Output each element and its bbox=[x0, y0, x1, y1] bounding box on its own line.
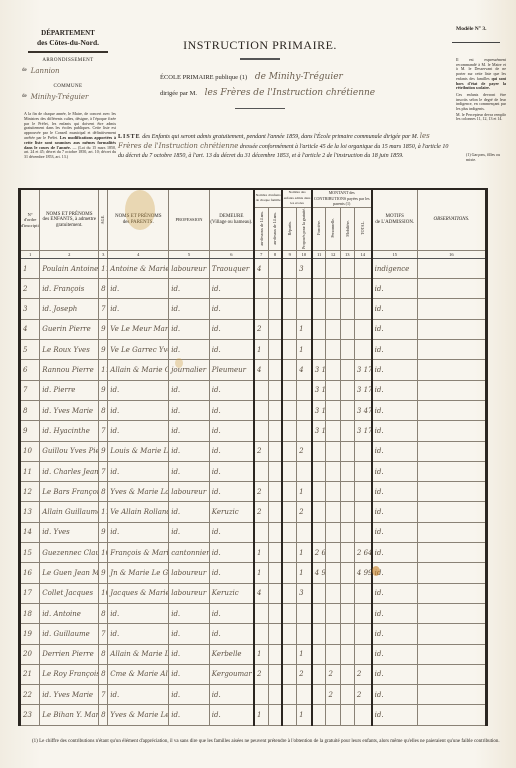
arrondissement-prefix: de bbox=[22, 66, 27, 76]
cell-c7 bbox=[254, 400, 268, 420]
cell-c11 bbox=[312, 644, 326, 664]
cell-c14: 3 17 bbox=[354, 421, 371, 441]
cell-c8 bbox=[268, 664, 282, 684]
cell-c8 bbox=[268, 482, 282, 502]
header-c8-label: au-dessus de 14 ans. bbox=[272, 212, 278, 245]
cell-observations bbox=[417, 319, 486, 339]
cell-name: id. Hyacinthe bbox=[40, 421, 99, 441]
cell-c9 bbox=[282, 664, 296, 684]
commune-value: Minihy-Tréguier bbox=[31, 92, 89, 102]
col-num: 9 bbox=[282, 250, 296, 258]
commune-label: COMMUNE bbox=[22, 82, 114, 92]
cell-parents: Ve Le Garrec Yvonne bbox=[108, 340, 169, 360]
cell-observations bbox=[417, 522, 486, 542]
header-c11: Foncière. bbox=[312, 207, 326, 250]
cell-dem: id. bbox=[209, 603, 254, 623]
cell-c12 bbox=[326, 705, 340, 725]
cell-c14: 4 99 bbox=[354, 563, 371, 583]
cell-motif: id. bbox=[372, 461, 418, 481]
cell-c13 bbox=[340, 441, 354, 461]
document-page: DÉPARTEMENT des Côtes-du-Nord. ARRONDISS… bbox=[0, 0, 516, 768]
cell-dem: Kerbelle bbox=[209, 644, 254, 664]
cell-c9 bbox=[282, 380, 296, 400]
cell-dem: Keruzic bbox=[209, 583, 254, 603]
cell-n: 15 bbox=[20, 543, 40, 563]
cell-c14: 3 47 bbox=[354, 400, 371, 420]
cell-n: 1 bbox=[20, 258, 40, 278]
table-row: 23Le Bihan Y. Marie8Yves & Marie Le Biha… bbox=[20, 705, 487, 725]
cell-motif: id. bbox=[372, 685, 418, 705]
cell-c8 bbox=[268, 461, 282, 481]
header-c6-sub: (Village ou hameau). bbox=[210, 220, 253, 226]
cell-n: 17 bbox=[20, 583, 40, 603]
header-c15-sub: de L'ADMISSION. bbox=[373, 220, 417, 226]
cell-prof: id. bbox=[169, 603, 210, 623]
cell-c14: 3 17 bbox=[354, 360, 371, 380]
cell-name: Le Roux Yves bbox=[40, 340, 99, 360]
cell-c10 bbox=[297, 421, 312, 441]
cell-observations bbox=[417, 299, 486, 319]
cell-c9 bbox=[282, 400, 296, 420]
cell-c14 bbox=[354, 340, 371, 360]
col-num: 11 bbox=[312, 250, 326, 258]
cell-age: 8 bbox=[99, 644, 108, 664]
cell-c13 bbox=[340, 543, 354, 563]
cell-c7 bbox=[254, 380, 268, 400]
cell-c8 bbox=[268, 624, 282, 644]
table-row: 10Guillou Yves Pierre9Louis & Marie Le G… bbox=[20, 441, 487, 461]
cell-dem: id. bbox=[209, 340, 254, 360]
cell-c10: 1 bbox=[297, 340, 312, 360]
cell-observations bbox=[417, 421, 486, 441]
cell-c14 bbox=[354, 583, 371, 603]
cell-age: 9 bbox=[99, 319, 108, 339]
cell-c12: 2 bbox=[326, 664, 340, 684]
cell-dem: Traouquer bbox=[209, 258, 254, 278]
cell-n: 6 bbox=[20, 360, 40, 380]
ecole-label: ÉCOLE PRIMAIRE publique (1) bbox=[160, 74, 247, 81]
cell-c13 bbox=[340, 522, 354, 542]
cell-name: id. François bbox=[40, 279, 99, 299]
col-num: 7 bbox=[254, 250, 268, 258]
cell-observations bbox=[417, 360, 486, 380]
cell-c9 bbox=[282, 421, 296, 441]
cell-c9 bbox=[282, 685, 296, 705]
cell-c10: 1 bbox=[297, 543, 312, 563]
cell-n: 4 bbox=[20, 319, 40, 339]
cell-parents: id. bbox=[108, 624, 169, 644]
cell-c11 bbox=[312, 685, 326, 705]
cell-c11: 3 17 bbox=[312, 400, 326, 420]
cell-c12 bbox=[326, 340, 340, 360]
cell-n: 2 bbox=[20, 279, 40, 299]
cell-dem: id. bbox=[209, 279, 254, 299]
cell-c8 bbox=[268, 279, 282, 299]
cell-c10 bbox=[297, 685, 312, 705]
cell-c14 bbox=[354, 603, 371, 623]
header-c7: au-dessous de 14 ans. bbox=[254, 207, 268, 250]
cell-c10: 3 bbox=[297, 583, 312, 603]
cell-c11 bbox=[312, 340, 326, 360]
cell-age: 9 bbox=[99, 522, 108, 542]
cell-c9 bbox=[282, 360, 296, 380]
header-c8: au-dessus de 14 ans. bbox=[268, 207, 282, 250]
header-c13-label: Mobilière. bbox=[345, 220, 351, 237]
cell-motif: id. bbox=[372, 482, 418, 502]
register-table: N° d'ordre d'inscription. NOMS ET PRÉNOM… bbox=[18, 188, 488, 726]
cell-c8 bbox=[268, 360, 282, 380]
col-num: 8 bbox=[268, 250, 282, 258]
cell-c12 bbox=[326, 299, 340, 319]
note-text2: Ces enfants devront être inscrits selon … bbox=[456, 93, 506, 112]
cell-prof: id. bbox=[169, 299, 210, 319]
cell-c12 bbox=[326, 502, 340, 522]
cell-c9 bbox=[282, 319, 296, 339]
cell-dem: id. bbox=[209, 299, 254, 319]
cell-prof: id. bbox=[169, 624, 210, 644]
cell-c14 bbox=[354, 624, 371, 644]
cell-c13 bbox=[340, 502, 354, 522]
cell-parents: id. bbox=[108, 522, 169, 542]
cell-c13 bbox=[340, 380, 354, 400]
cell-c14 bbox=[354, 644, 371, 664]
header-c7-label: au-dessous de 14 ans. bbox=[259, 211, 265, 246]
cell-motif: id. bbox=[372, 279, 418, 299]
cell-prof: laboureur bbox=[169, 583, 210, 603]
instructions-note: A la fin de chaque année, le Maire, de c… bbox=[24, 112, 116, 160]
header-c1: N° d'ordre d'inscription. bbox=[20, 189, 40, 250]
cell-c8 bbox=[268, 502, 282, 522]
cell-c8 bbox=[268, 258, 282, 278]
dirigee-label: dirigée par M. bbox=[160, 90, 197, 97]
cell-name: Allain Guillaume bbox=[40, 502, 99, 522]
col-num: 1 bbox=[20, 250, 40, 258]
cell-observations bbox=[417, 400, 486, 420]
cell-c11 bbox=[312, 319, 326, 339]
cell-dem: id. bbox=[209, 705, 254, 725]
cell-c12 bbox=[326, 603, 340, 623]
col-num: 16 bbox=[417, 250, 486, 258]
cell-c9 bbox=[282, 543, 296, 563]
cell-n: 22 bbox=[20, 685, 40, 705]
dirigee-value: les Frères de l'Instruction chrétienne bbox=[205, 88, 375, 98]
cell-name: Guerin Pierre bbox=[40, 319, 99, 339]
col-num: 15 bbox=[372, 250, 418, 258]
table-row: 7id. Pierre9id.id.id.3 173 17id. bbox=[20, 380, 487, 400]
cell-c14 bbox=[354, 258, 371, 278]
table-row: 19id. Guillaume7id.id.id.id. bbox=[20, 624, 487, 644]
cell-prof: id. bbox=[169, 461, 210, 481]
cell-observations bbox=[417, 583, 486, 603]
cell-dem: id. bbox=[209, 522, 254, 542]
col-num: 14 bbox=[354, 250, 371, 258]
cell-observations bbox=[417, 603, 486, 623]
cell-c7: 1 bbox=[254, 543, 268, 563]
cell-c9 bbox=[282, 502, 296, 522]
cell-c11 bbox=[312, 664, 326, 684]
cell-c12 bbox=[326, 421, 340, 441]
header-c5: PROFESSION bbox=[169, 189, 210, 250]
cell-c10: 2 bbox=[297, 502, 312, 522]
cell-c11: 2 64 bbox=[312, 543, 326, 563]
cell-c11: 4 99 bbox=[312, 563, 326, 583]
col-num: 10 bbox=[297, 250, 312, 258]
cell-prof: id. bbox=[169, 340, 210, 360]
cell-age: 9 bbox=[99, 380, 108, 400]
cell-prof: id. bbox=[169, 705, 210, 725]
cell-c7 bbox=[254, 421, 268, 441]
cell-name: id. Charles Jean bbox=[40, 461, 99, 481]
table-row: 8id. Yves Marie8id.id.id.3 173 47id. bbox=[20, 400, 487, 420]
cell-n: 13 bbox=[20, 502, 40, 522]
cell-age: 9 bbox=[99, 563, 108, 583]
cell-motif: id. bbox=[372, 380, 418, 400]
cell-c14 bbox=[354, 522, 371, 542]
cell-c8 bbox=[268, 705, 282, 725]
cell-age: 11 bbox=[99, 258, 108, 278]
cell-motif: id. bbox=[372, 421, 418, 441]
header-c9-label: Répartis. bbox=[287, 221, 293, 235]
table-row: 5Le Roux Yves9Ve Le Garrec Yvonneid.id.1… bbox=[20, 340, 487, 360]
header-group-9-10: Nombre des enfants admis dans les écoles bbox=[282, 189, 311, 207]
cell-parents: Jacques & Marie Cadin bbox=[108, 583, 169, 603]
cell-prof: laboureur bbox=[169, 258, 210, 278]
cell-c7: 2 bbox=[254, 441, 268, 461]
cell-c14: 2 bbox=[354, 685, 371, 705]
cell-n: 5 bbox=[20, 340, 40, 360]
cell-age: 7 bbox=[99, 421, 108, 441]
cell-name: Collet Jacques bbox=[40, 583, 99, 603]
table-row: 20Derrien Pierre8Allain & Marie Le Camid… bbox=[20, 644, 487, 664]
cell-observations bbox=[417, 563, 486, 583]
table-row: 9id. Hyacinthe7id.id.id.3 173 17id. bbox=[20, 421, 487, 441]
cell-c10 bbox=[297, 603, 312, 623]
cell-c7: 1 bbox=[254, 563, 268, 583]
cell-age: 11 bbox=[99, 360, 108, 380]
cell-c9 bbox=[282, 583, 296, 603]
cell-age: 11 bbox=[99, 502, 108, 522]
cell-c10 bbox=[297, 522, 312, 542]
cell-age: 7 bbox=[99, 299, 108, 319]
header-c9: Répartis. bbox=[282, 207, 296, 250]
cell-parents: id. bbox=[108, 603, 169, 623]
cell-prof: id. bbox=[169, 421, 210, 441]
cell-dem: id. bbox=[209, 421, 254, 441]
cell-c8 bbox=[268, 685, 282, 705]
cell-c7: 2 bbox=[254, 482, 268, 502]
cell-c11 bbox=[312, 258, 326, 278]
page-title: INSTRUCTION PRIMAIRE. bbox=[160, 38, 360, 53]
cell-c8 bbox=[268, 644, 282, 664]
cell-observations bbox=[417, 664, 486, 684]
paper-stain bbox=[372, 566, 380, 576]
cell-c12 bbox=[326, 583, 340, 603]
header-c2: NOMS ET PRÉNOMS des ENFANTS, à admettre … bbox=[40, 189, 99, 250]
column-number-row: 1 2 3 4 5 6 7 8 9 10 11 12 13 14 15 16 bbox=[20, 250, 487, 258]
cell-name: id. Yves bbox=[40, 522, 99, 542]
cell-motif: id. bbox=[372, 603, 418, 623]
cell-c10 bbox=[297, 299, 312, 319]
table-row: 3id. Joseph7id.id.id.id. bbox=[20, 299, 487, 319]
cell-age: 8 bbox=[99, 603, 108, 623]
cell-name: Guezennec Claude bbox=[40, 543, 99, 563]
cell-c12 bbox=[326, 644, 340, 664]
header-c14-label: TOTAL. bbox=[360, 221, 366, 235]
cell-name: Poulain Antoine bbox=[40, 258, 99, 278]
cell-parents: Ve Allain Rolland bbox=[108, 502, 169, 522]
cell-name: Le Roy François bbox=[40, 664, 99, 684]
cell-c10: 1 bbox=[297, 644, 312, 664]
cell-c7: 2 bbox=[254, 502, 268, 522]
cell-name: Guillou Yves Pierre bbox=[40, 441, 99, 461]
cell-c14: 2 bbox=[354, 664, 371, 684]
cell-c7: 1 bbox=[254, 644, 268, 664]
cell-c9 bbox=[282, 340, 296, 360]
cell-prof: id. bbox=[169, 664, 210, 684]
cell-observations bbox=[417, 279, 486, 299]
cell-c11 bbox=[312, 502, 326, 522]
cell-c9 bbox=[282, 624, 296, 644]
cell-parents: id. bbox=[108, 400, 169, 420]
cell-c8 bbox=[268, 522, 282, 542]
cell-c10 bbox=[297, 279, 312, 299]
cell-c7 bbox=[254, 624, 268, 644]
cell-dem: id. bbox=[209, 482, 254, 502]
cell-n: 16 bbox=[20, 563, 40, 583]
cell-c14: 3 17 bbox=[354, 380, 371, 400]
cell-prof: id. bbox=[169, 279, 210, 299]
cell-prof: laboureur bbox=[169, 563, 210, 583]
cell-age: 8 bbox=[99, 400, 108, 420]
cell-c10: 4 bbox=[297, 360, 312, 380]
cell-dem: id. bbox=[209, 624, 254, 644]
header-c13: Mobilière. bbox=[340, 207, 354, 250]
cell-motif: id. bbox=[372, 705, 418, 725]
cell-c12 bbox=[326, 482, 340, 502]
cell-c13 bbox=[340, 482, 354, 502]
cell-parents: Cme & Marie Allain bbox=[108, 664, 169, 684]
cell-parents: Allain & Marie Castel bbox=[108, 360, 169, 380]
cell-dem: id. bbox=[209, 380, 254, 400]
cell-parents: Jn & Marie Le Guen bbox=[108, 563, 169, 583]
cell-prof: id. bbox=[169, 380, 210, 400]
cell-motif: id. bbox=[372, 299, 418, 319]
cell-c9 bbox=[282, 522, 296, 542]
cell-dem: id. bbox=[209, 461, 254, 481]
table-row: 14id. Yves9id.id.id.id. bbox=[20, 522, 487, 542]
cell-parents: id. bbox=[108, 461, 169, 481]
cell-prof: laboureur bbox=[169, 482, 210, 502]
cell-n: 19 bbox=[20, 624, 40, 644]
cell-c14 bbox=[354, 441, 371, 461]
cell-c7: 4 bbox=[254, 258, 268, 278]
cell-parents: Allain & Marie Le Cam bbox=[108, 644, 169, 664]
cell-observations bbox=[417, 624, 486, 644]
col-num: 12 bbox=[326, 250, 340, 258]
cell-n: 18 bbox=[20, 603, 40, 623]
cell-prof: id. bbox=[169, 400, 210, 420]
table-row: 22id. Yves Marie7id.id.id.22id. bbox=[20, 685, 487, 705]
cell-c10 bbox=[297, 624, 312, 644]
cell-c8 bbox=[268, 400, 282, 420]
cell-c9 bbox=[282, 461, 296, 481]
table-row: 13Allain Guillaume11Ve Allain Rollandid.… bbox=[20, 502, 487, 522]
cell-parents: Louis & Marie Le Goff bbox=[108, 441, 169, 461]
cell-c12 bbox=[326, 461, 340, 481]
cell-dem: id. bbox=[209, 319, 254, 339]
cell-n: 9 bbox=[20, 421, 40, 441]
cell-c13 bbox=[340, 258, 354, 278]
cell-c10: 1 bbox=[297, 563, 312, 583]
department-label: DÉPARTEMENT bbox=[22, 28, 114, 38]
table-row: 6Rannou Pierre11Allain & Marie Casteljou… bbox=[20, 360, 487, 380]
cell-c13 bbox=[340, 360, 354, 380]
col-num: 4 bbox=[108, 250, 169, 258]
cell-c12 bbox=[326, 563, 340, 583]
table-row: 16Le Guen Jean Marie9Jn & Marie Le Guenl… bbox=[20, 563, 487, 583]
header-c12: Personnelle. bbox=[326, 207, 340, 250]
table-row: 17Collet Jacques10Jacques & Marie Cadinl… bbox=[20, 583, 487, 603]
cell-name: id. Yves Marie bbox=[40, 400, 99, 420]
cell-n: 23 bbox=[20, 705, 40, 725]
cell-c7 bbox=[254, 299, 268, 319]
table-row: 21Le Roy François8Cme & Marie Allainid.K… bbox=[20, 664, 487, 684]
cell-age: 10 bbox=[99, 583, 108, 603]
cell-prof: id. bbox=[169, 441, 210, 461]
header-c3: AGE. bbox=[99, 189, 108, 250]
cell-c8 bbox=[268, 543, 282, 563]
cell-age: 8 bbox=[99, 482, 108, 502]
cell-c10: 1 bbox=[297, 319, 312, 339]
cell-c14 bbox=[354, 279, 371, 299]
cell-c12 bbox=[326, 624, 340, 644]
cell-n: 10 bbox=[20, 441, 40, 461]
ecole-value: de Minihy-Tréguier bbox=[255, 72, 343, 82]
cell-c8 bbox=[268, 380, 282, 400]
cell-parents: Yves & Marie Le Bihan bbox=[108, 705, 169, 725]
cell-dem: Kergoumar bbox=[209, 664, 254, 684]
cell-prof: cantonnier bbox=[169, 543, 210, 563]
table-row: 18id. Antoine8id.id.id.id. bbox=[20, 603, 487, 623]
cell-dem: id. bbox=[209, 441, 254, 461]
cell-observations bbox=[417, 482, 486, 502]
cell-age: 7 bbox=[99, 624, 108, 644]
cell-c14 bbox=[354, 705, 371, 725]
cell-n: 20 bbox=[20, 644, 40, 664]
header-c3-label: AGE. bbox=[100, 215, 106, 224]
cell-age: 9 bbox=[99, 441, 108, 461]
cell-motif: indigence bbox=[372, 258, 418, 278]
cell-c7 bbox=[254, 279, 268, 299]
table-row: 15Guezennec Claude10François & Marie Le … bbox=[20, 543, 487, 563]
cell-c8 bbox=[268, 421, 282, 441]
paper-stain bbox=[125, 190, 155, 230]
cell-c10 bbox=[297, 461, 312, 481]
cell-observations bbox=[417, 502, 486, 522]
cell-c9 bbox=[282, 279, 296, 299]
cell-name: Le Bihan Y. Marie bbox=[40, 705, 99, 725]
cell-motif: id. bbox=[372, 502, 418, 522]
cell-c12: 2 bbox=[326, 685, 340, 705]
cell-c13 bbox=[340, 340, 354, 360]
cell-parents: Ve Le Meur Marie bbox=[108, 319, 169, 339]
cell-n: 21 bbox=[20, 664, 40, 684]
cell-age: 7 bbox=[99, 685, 108, 705]
cell-c8 bbox=[268, 603, 282, 623]
header-c16: OBSERVATIONS. bbox=[417, 189, 486, 250]
modele-number: Modèle N° 3. bbox=[456, 26, 486, 32]
cell-c8 bbox=[268, 319, 282, 339]
